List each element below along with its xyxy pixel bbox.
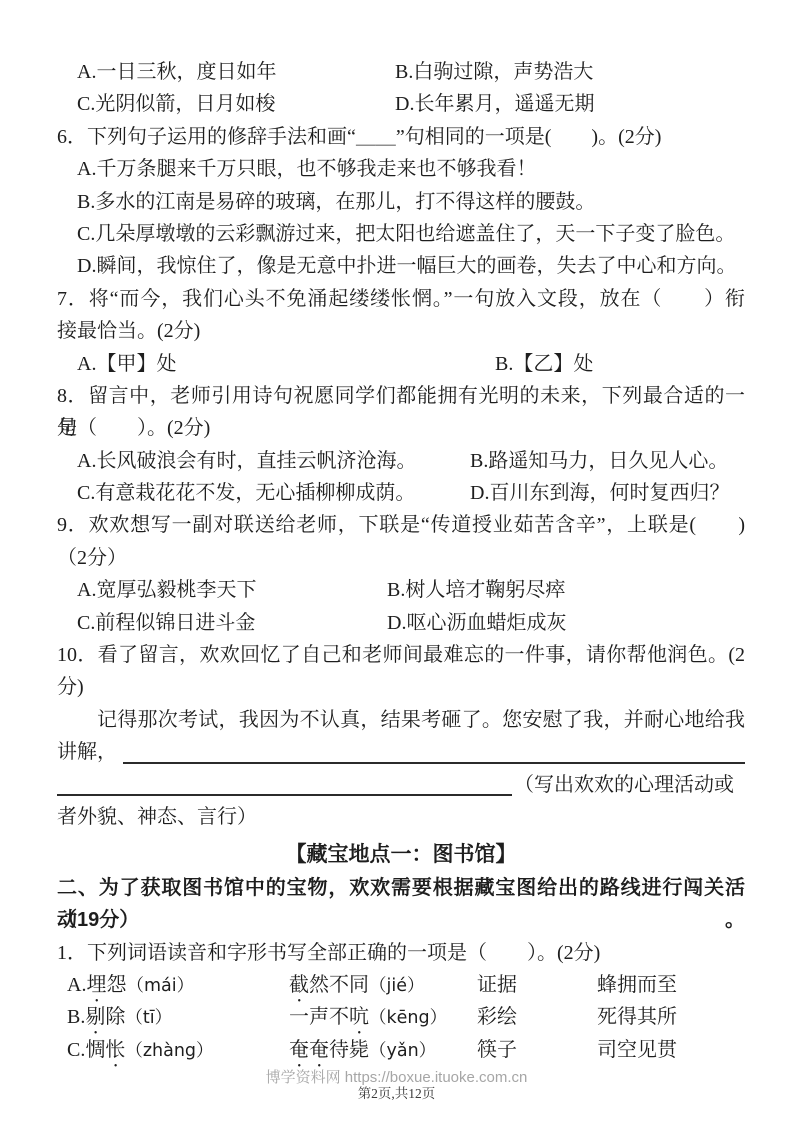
t1-b-w2-emphasized: 吭 <box>349 1006 369 1028</box>
q10-passage: 记得那次考试，我因为不认真，结果考砸了。您安慰了我，并耐心地给我 <box>57 704 745 736</box>
q10-stem-line-1: 10．看了留言，欢欢回忆了自己和老师间最难忘的一件事，请你帮他润色。(2 <box>57 639 745 671</box>
t1-b-w1-pre: B. <box>67 1006 85 1028</box>
t1-c-word-3: 筷子 <box>477 1034 517 1066</box>
q10-hint-text-1: （写出欢欢的心理活动或 <box>514 769 734 801</box>
t1-c-w1-pre: C.惆 <box>67 1039 105 1061</box>
q8-options-row-2: C.有意栽花花不发，无心插柳柳成荫。 D.百川东到海，何时复西归？ <box>57 477 745 509</box>
q7-option-b: B.【乙】处 <box>495 348 593 380</box>
q8-stem-line-1: 8．留言中，老师引用诗句祝愿同学们都能拥有光明的未来，下列最合适的一句 <box>57 380 745 412</box>
t1-b-w2-pinyin: （kēng） <box>369 1008 447 1028</box>
q5-option-c: C.光阴似箭，日月如梭 <box>77 93 275 115</box>
t1-a-w1-rest: 怨 <box>106 974 126 996</box>
t1-b-word-3: 彩绘 <box>477 1001 517 1033</box>
q10-answer-line-1: 讲解， <box>57 736 745 768</box>
t1-b-w2-pre: 一声不 <box>289 1006 349 1028</box>
t1-stem: 1．下列词语读音和字形书写全部正确的一项是（ ）。(2分) <box>57 937 745 969</box>
q6-option-d: D.瞬间，我惊住了，像是无意中扑进一幅巨大的画卷，失去了中心和方向。 <box>57 250 745 282</box>
q8-option-c: C.有意栽花花不发，无心插柳柳成荫。 <box>77 482 415 504</box>
section-intro-line-2: （19分） <box>57 904 745 936</box>
q7-options-row: A.【甲】处 B.【乙】处 <box>57 348 745 380</box>
q9-option-a: A.宽厚弘毅桃李天下 <box>77 579 256 601</box>
q9-options-row-2: C.前程似锦日进斗金 D.呕心沥血蜡炬成灰 <box>57 607 745 639</box>
t1-b-word-4: 死得其所 <box>597 1001 677 1033</box>
q7-option-a: A.【甲】处 <box>77 353 176 375</box>
t1-b-w1-rest: 除 <box>105 1006 125 1028</box>
answer-blank-1 <box>123 742 745 764</box>
q10-answer-line-2: （写出欢欢的心理活动或 <box>57 769 745 801</box>
q8-option-d: D.百川东到海，何时复西归？ <box>470 477 729 509</box>
t1-row-b: B.剔除（tī） 一声不吭（kēng） 彩绘 死得其所 <box>57 1001 745 1033</box>
q6-option-b: B.多水的江南是易碎的玻璃，在那儿，打不得这样的腰鼓。 <box>57 186 745 218</box>
q10-stem-line-2: 分) <box>57 671 745 703</box>
q9-option-b: B.树人培才鞠躬尽瘁 <box>387 574 565 606</box>
q5-option-d: D.长年累月，遥遥无期 <box>395 88 594 120</box>
t1-a-word-3: 证据 <box>477 969 517 1001</box>
q10-lead-text: 讲解， <box>57 736 117 768</box>
t1-a-w1-pre: A. <box>67 974 86 996</box>
t1-c-w2-emphasized: 奄奄 <box>289 1039 329 1061</box>
t1-a-w1-emphasized: 埋 <box>86 974 106 996</box>
q5-options-row-1: A.一日三秋，度日如年 B.白驹过隙，声势浩大 <box>57 56 745 88</box>
q7-stem-line-2: 接最恰当。(2分) <box>57 315 745 347</box>
t1-c-w1-pinyin: （zhàng） <box>125 1041 213 1061</box>
section-title: 【藏宝地点一：图书馆】 <box>57 839 745 871</box>
q9-option-c: C.前程似锦日进斗金 <box>77 612 255 634</box>
q8-option-b: B.路遥知马力，日久见人心。 <box>470 445 728 477</box>
t1-a-w2-rest: 然不同 <box>309 974 369 996</box>
t1-c-w1-emphasized: 怅 <box>105 1039 125 1061</box>
t1-a-w2-pinyin: （jié） <box>369 976 425 996</box>
t1-b-w1-pinyin: （tī） <box>125 1008 172 1028</box>
q6-stem: 6．下列句子运用的修辞手法和画“＿＿”句相同的一项是( )。(2分) <box>57 121 745 153</box>
t1-a-word-4: 蜂拥而至 <box>597 969 677 1001</box>
t1-c-word-4: 司空见贯 <box>597 1034 677 1066</box>
q8-stem-line-2: 是（ ）。(2分) <box>57 412 745 444</box>
q9-option-d: D.呕心沥血蜡炬成灰 <box>387 607 566 639</box>
t1-c-w2-pinyin: （yǎn） <box>369 1041 436 1061</box>
q9-stem-line-2: （2分） <box>57 542 745 574</box>
q8-options-row-1: A.长风破浪会有时，直挂云帆济沧海。 B.路遥知马力，日久见人心。 <box>57 445 745 477</box>
q6-option-c: C.几朵厚墩墩的云彩飘游过来，把太阳也给遮盖住了，天一下子变了脸色。 <box>57 218 745 250</box>
page-number: 第2页,共12页 <box>0 1082 793 1102</box>
section-intro-line-1: 二、为了获取图书馆中的宝物，欢欢需要根据藏宝图给出的路线进行闯关活动。 <box>57 872 745 904</box>
t1-a-w2-emphasized: 截 <box>289 974 309 996</box>
q10-hint-text-2: 者外貌、神态、言行） <box>57 801 745 833</box>
q7-stem-line-1: 7．将“而今，我们心头不免涌起缕缕怅惘。”一句放入文段，放在（ ）衔 <box>57 283 745 315</box>
q9-options-row-1: A.宽厚弘毅桃李天下 B.树人培才鞠躬尽瘁 <box>57 574 745 606</box>
t1-a-w1-pinyin: （mái） <box>126 976 194 996</box>
t1-c-w2-rest: 待毙 <box>329 1039 369 1061</box>
q5-option-b: B.白驹过隙，声势浩大 <box>395 56 593 88</box>
q9-stem-line-1: 9．欢欢想写一副对联送给老师，下联是“传道授业茹苦含辛”，上联是( ) <box>57 509 745 541</box>
q5-options-row-2: C.光阴似箭，日月如梭 D.长年累月，遥遥无期 <box>57 88 745 120</box>
exam-page-content: A.一日三秋，度日如年 B.白驹过隙，声势浩大 C.光阴似箭，日月如梭 D.长年… <box>57 56 745 1066</box>
q8-option-a: A.长风破浪会有时，直挂云帆济沧海。 <box>77 450 416 472</box>
answer-blank-2 <box>57 774 512 796</box>
t1-row-c: C.惆怅（zhàng） 奄奄待毙（yǎn） 筷子 司空见贯 <box>57 1034 745 1066</box>
q5-option-a: A.一日三秋，度日如年 <box>77 61 276 83</box>
t1-b-w1-emphasized: 剔 <box>85 1006 105 1028</box>
t1-row-a: A.埋怨（mái） 截然不同（jié） 证据 蜂拥而至 <box>57 969 745 1001</box>
q6-option-a: A.千万条腿来千万只眼，也不够我走来也不够我看！ <box>57 153 745 185</box>
